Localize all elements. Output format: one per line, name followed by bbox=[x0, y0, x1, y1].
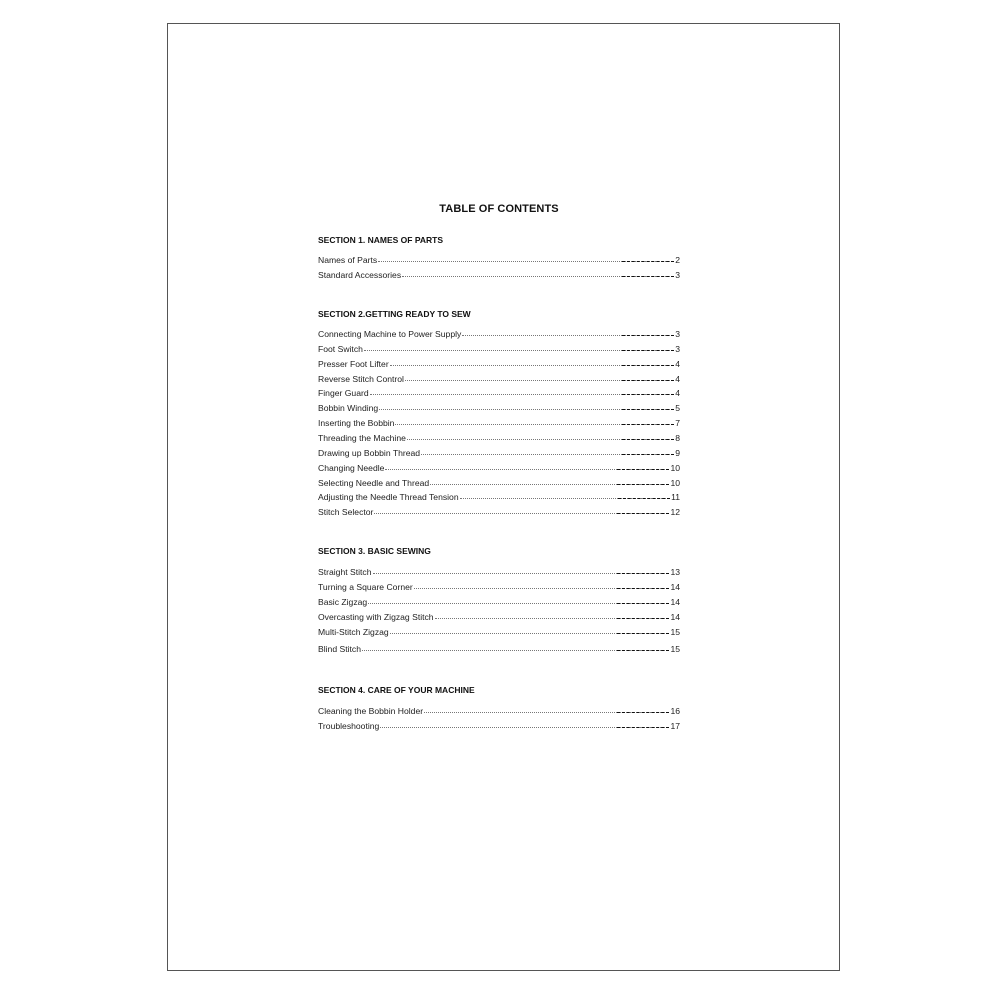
entry-label: Multi-Stitch Zigzag bbox=[318, 627, 389, 637]
entry-page-number: 3 bbox=[675, 344, 680, 354]
entry-page-number: 8 bbox=[675, 433, 680, 443]
dot-leader bbox=[460, 491, 670, 500]
section-heading-2: SECTION 2.GETTING READY TO SEW bbox=[318, 309, 471, 319]
toc-entry[interactable]: Blind Stitch 15 bbox=[318, 643, 680, 655]
toc-entry[interactable]: Cleaning the Bobbin Holder 16 bbox=[318, 705, 680, 717]
dot-leader bbox=[395, 417, 674, 426]
toc-entry[interactable]: Changing Needle 10 bbox=[318, 462, 680, 474]
dot-leader bbox=[378, 254, 674, 263]
dot-leader bbox=[379, 402, 674, 411]
dot-leader bbox=[374, 506, 669, 515]
toc-entry[interactable]: Turning a Square Corner 14 bbox=[318, 581, 680, 593]
toc-entry[interactable]: Stitch Selector 12 bbox=[318, 506, 680, 518]
toc-entry[interactable]: Connecting Machine to Power Supply 3 bbox=[318, 328, 680, 340]
dot-leader bbox=[407, 432, 674, 441]
dot-leader bbox=[421, 447, 674, 456]
entry-page-number: 13 bbox=[670, 567, 680, 577]
toc-entry[interactable]: Troubleshooting 17 bbox=[318, 720, 680, 732]
entry-page-number: 17 bbox=[670, 721, 680, 731]
dot-leader bbox=[430, 477, 669, 486]
entry-label: Names of Parts bbox=[318, 255, 377, 265]
entry-label: Stitch Selector bbox=[318, 507, 373, 517]
toc-entry[interactable]: Multi-Stitch Zigzag 15 bbox=[318, 626, 680, 638]
dot-leader bbox=[424, 705, 669, 714]
toc-entry[interactable]: Threading the Machine 8 bbox=[318, 432, 680, 444]
toc-entry[interactable]: Foot Switch 3 bbox=[318, 343, 680, 355]
dot-leader bbox=[405, 373, 674, 382]
entry-label: Finger Guard bbox=[318, 388, 369, 398]
section-heading-3: SECTION 3. BASIC SEWING bbox=[318, 546, 431, 556]
dot-leader bbox=[402, 269, 674, 278]
entry-page-number: 14 bbox=[670, 582, 680, 592]
entry-page-number: 4 bbox=[675, 374, 680, 384]
entry-page-number: 12 bbox=[670, 507, 680, 517]
entry-page-number: 14 bbox=[670, 612, 680, 622]
toc-entry[interactable]: Finger Guard 4 bbox=[318, 387, 680, 399]
entry-label: Cleaning the Bobbin Holder bbox=[318, 706, 423, 716]
entry-page-number: 14 bbox=[670, 597, 680, 607]
entry-label: Selecting Needle and Thread bbox=[318, 478, 429, 488]
entry-page-number: 11 bbox=[671, 492, 680, 502]
entry-label: Reverse Stitch Control bbox=[318, 374, 404, 384]
entry-page-number: 10 bbox=[670, 478, 680, 488]
toc-title: TABLE OF CONTENTS bbox=[318, 203, 680, 215]
entry-label: Foot Switch bbox=[318, 344, 363, 354]
toc-entry[interactable]: Overcasting with Zigzag Stitch 14 bbox=[318, 611, 680, 623]
toc-entry[interactable]: Inserting the Bobbin 7 bbox=[318, 417, 680, 429]
entry-label: Inserting the Bobbin bbox=[318, 418, 394, 428]
entry-label: Connecting Machine to Power Supply bbox=[318, 329, 461, 339]
dot-leader bbox=[364, 343, 674, 352]
entry-label: Turning a Square Corner bbox=[318, 582, 413, 592]
entry-label: Straight Stitch bbox=[318, 567, 372, 577]
toc-entry[interactable]: Bobbin Winding 5 bbox=[318, 402, 680, 414]
toc-entry[interactable]: Basic Zigzag 14 bbox=[318, 596, 680, 608]
dot-leader bbox=[370, 387, 675, 396]
toc-entry[interactable]: Straight Stitch 13 bbox=[318, 566, 680, 578]
entry-page-number: 4 bbox=[675, 359, 680, 369]
entry-page-number: 9 bbox=[675, 448, 680, 458]
entry-page-number: 5 bbox=[675, 403, 680, 413]
entry-label: Presser Foot Lifter bbox=[318, 359, 389, 369]
dot-leader bbox=[462, 328, 674, 337]
dot-leader bbox=[362, 643, 669, 652]
entry-label: Changing Needle bbox=[318, 463, 384, 473]
toc-entry[interactable]: Reverse Stitch Control 4 bbox=[318, 373, 680, 385]
entry-label: Threading the Machine bbox=[318, 433, 406, 443]
dot-leader bbox=[390, 626, 670, 635]
toc-entry[interactable]: Drawing up Bobbin Thread 9 bbox=[318, 447, 680, 459]
entry-page-number: 10 bbox=[670, 463, 680, 473]
entry-page-number: 15 bbox=[670, 627, 680, 637]
entry-page-number: 4 bbox=[675, 388, 680, 398]
entry-page-number: 16 bbox=[670, 706, 680, 716]
dot-leader bbox=[414, 581, 670, 590]
dot-leader bbox=[435, 611, 670, 620]
toc-entry[interactable]: Adjusting the Needle Thread Tension 11 bbox=[318, 491, 680, 503]
entry-label: Blind Stitch bbox=[318, 644, 361, 654]
section-heading-1: SECTION 1. NAMES OF PARTS bbox=[318, 235, 443, 245]
toc-entry[interactable]: Standard Accessories 3 bbox=[318, 269, 680, 281]
entry-label: Bobbin Winding bbox=[318, 403, 378, 413]
toc-entry[interactable]: Presser Foot Lifter 4 bbox=[318, 358, 680, 370]
entry-label: Basic Zigzag bbox=[318, 597, 367, 607]
dot-leader bbox=[373, 566, 670, 575]
entry-page-number: 3 bbox=[675, 329, 680, 339]
toc-entry[interactable]: Names of Parts 2 bbox=[318, 254, 680, 266]
entry-label: Overcasting with Zigzag Stitch bbox=[318, 612, 434, 622]
dot-leader bbox=[368, 596, 669, 605]
entry-label: Drawing up Bobbin Thread bbox=[318, 448, 420, 458]
dot-leader bbox=[390, 358, 675, 367]
section-heading-4: SECTION 4. CARE OF YOUR MACHINE bbox=[318, 685, 475, 695]
entry-page-number: 2 bbox=[675, 255, 680, 265]
entry-page-number: 7 bbox=[675, 418, 680, 428]
dot-leader bbox=[385, 462, 669, 471]
entry-page-number: 3 bbox=[675, 270, 680, 280]
entry-label: Adjusting the Needle Thread Tension bbox=[318, 492, 459, 502]
entry-label: Troubleshooting bbox=[318, 721, 379, 731]
dot-leader bbox=[380, 720, 669, 729]
entry-label: Standard Accessories bbox=[318, 270, 401, 280]
toc-entry[interactable]: Selecting Needle and Thread 10 bbox=[318, 477, 680, 489]
entry-page-number: 15 bbox=[670, 644, 680, 654]
